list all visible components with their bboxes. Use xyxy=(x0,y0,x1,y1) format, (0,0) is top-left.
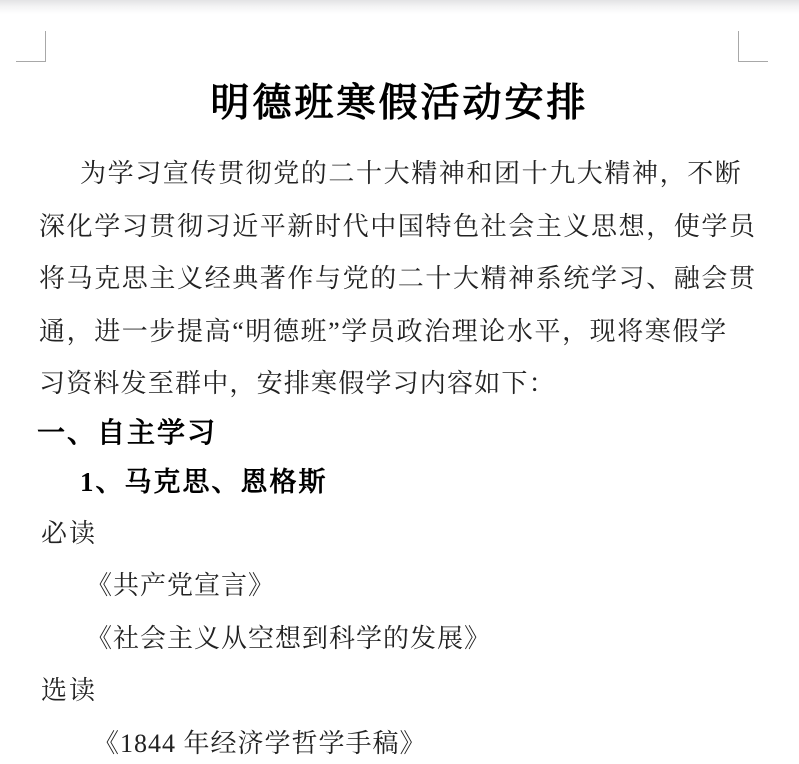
subsection-heading-marx-engels: 1、马克思、恩格斯 xyxy=(80,460,328,499)
required-reading-label: 必读 xyxy=(41,513,97,550)
document-page: 明德班寒假活动安排 为学习宣传贯彻党的二十大精神和团十九大精神，不断 深化学习贯… xyxy=(0,0,799,764)
section-heading-self-study: 一、自主学习 xyxy=(37,411,217,451)
text-boundary-mark-top-left xyxy=(16,31,46,62)
page-top-shadow xyxy=(0,0,799,14)
paragraph-line-2: 深化学习贯彻习近平新时代中国特色社会主义思想，使学员 xyxy=(39,206,757,243)
optional-book-title-1: 《1844 年经济学哲学手稿》 xyxy=(93,723,427,760)
document-title: 明德班寒假活动安排 xyxy=(0,72,799,128)
required-book-title-1: 《共产党宣言》 xyxy=(86,565,275,602)
paragraph-line-5: 习资料发至群中，安排寒假学习内容如下： xyxy=(39,363,556,400)
text-boundary-mark-top-right xyxy=(738,31,768,62)
paragraph-line-3: 将马克思主义经典著作与党的二十大精神系统学习、融会贯 xyxy=(39,258,757,295)
required-book-title-2: 《社会主义从空想到科学的发展》 xyxy=(86,618,491,655)
optional-reading-label: 选读 xyxy=(41,670,97,707)
paragraph-line-1: 为学习宣传贯彻党的二十大精神和团十九大精神，不断 xyxy=(80,153,742,190)
paragraph-line-4: 通，进一步提高“明德班”学员政治理论水平，现将寒假学 xyxy=(39,311,728,348)
